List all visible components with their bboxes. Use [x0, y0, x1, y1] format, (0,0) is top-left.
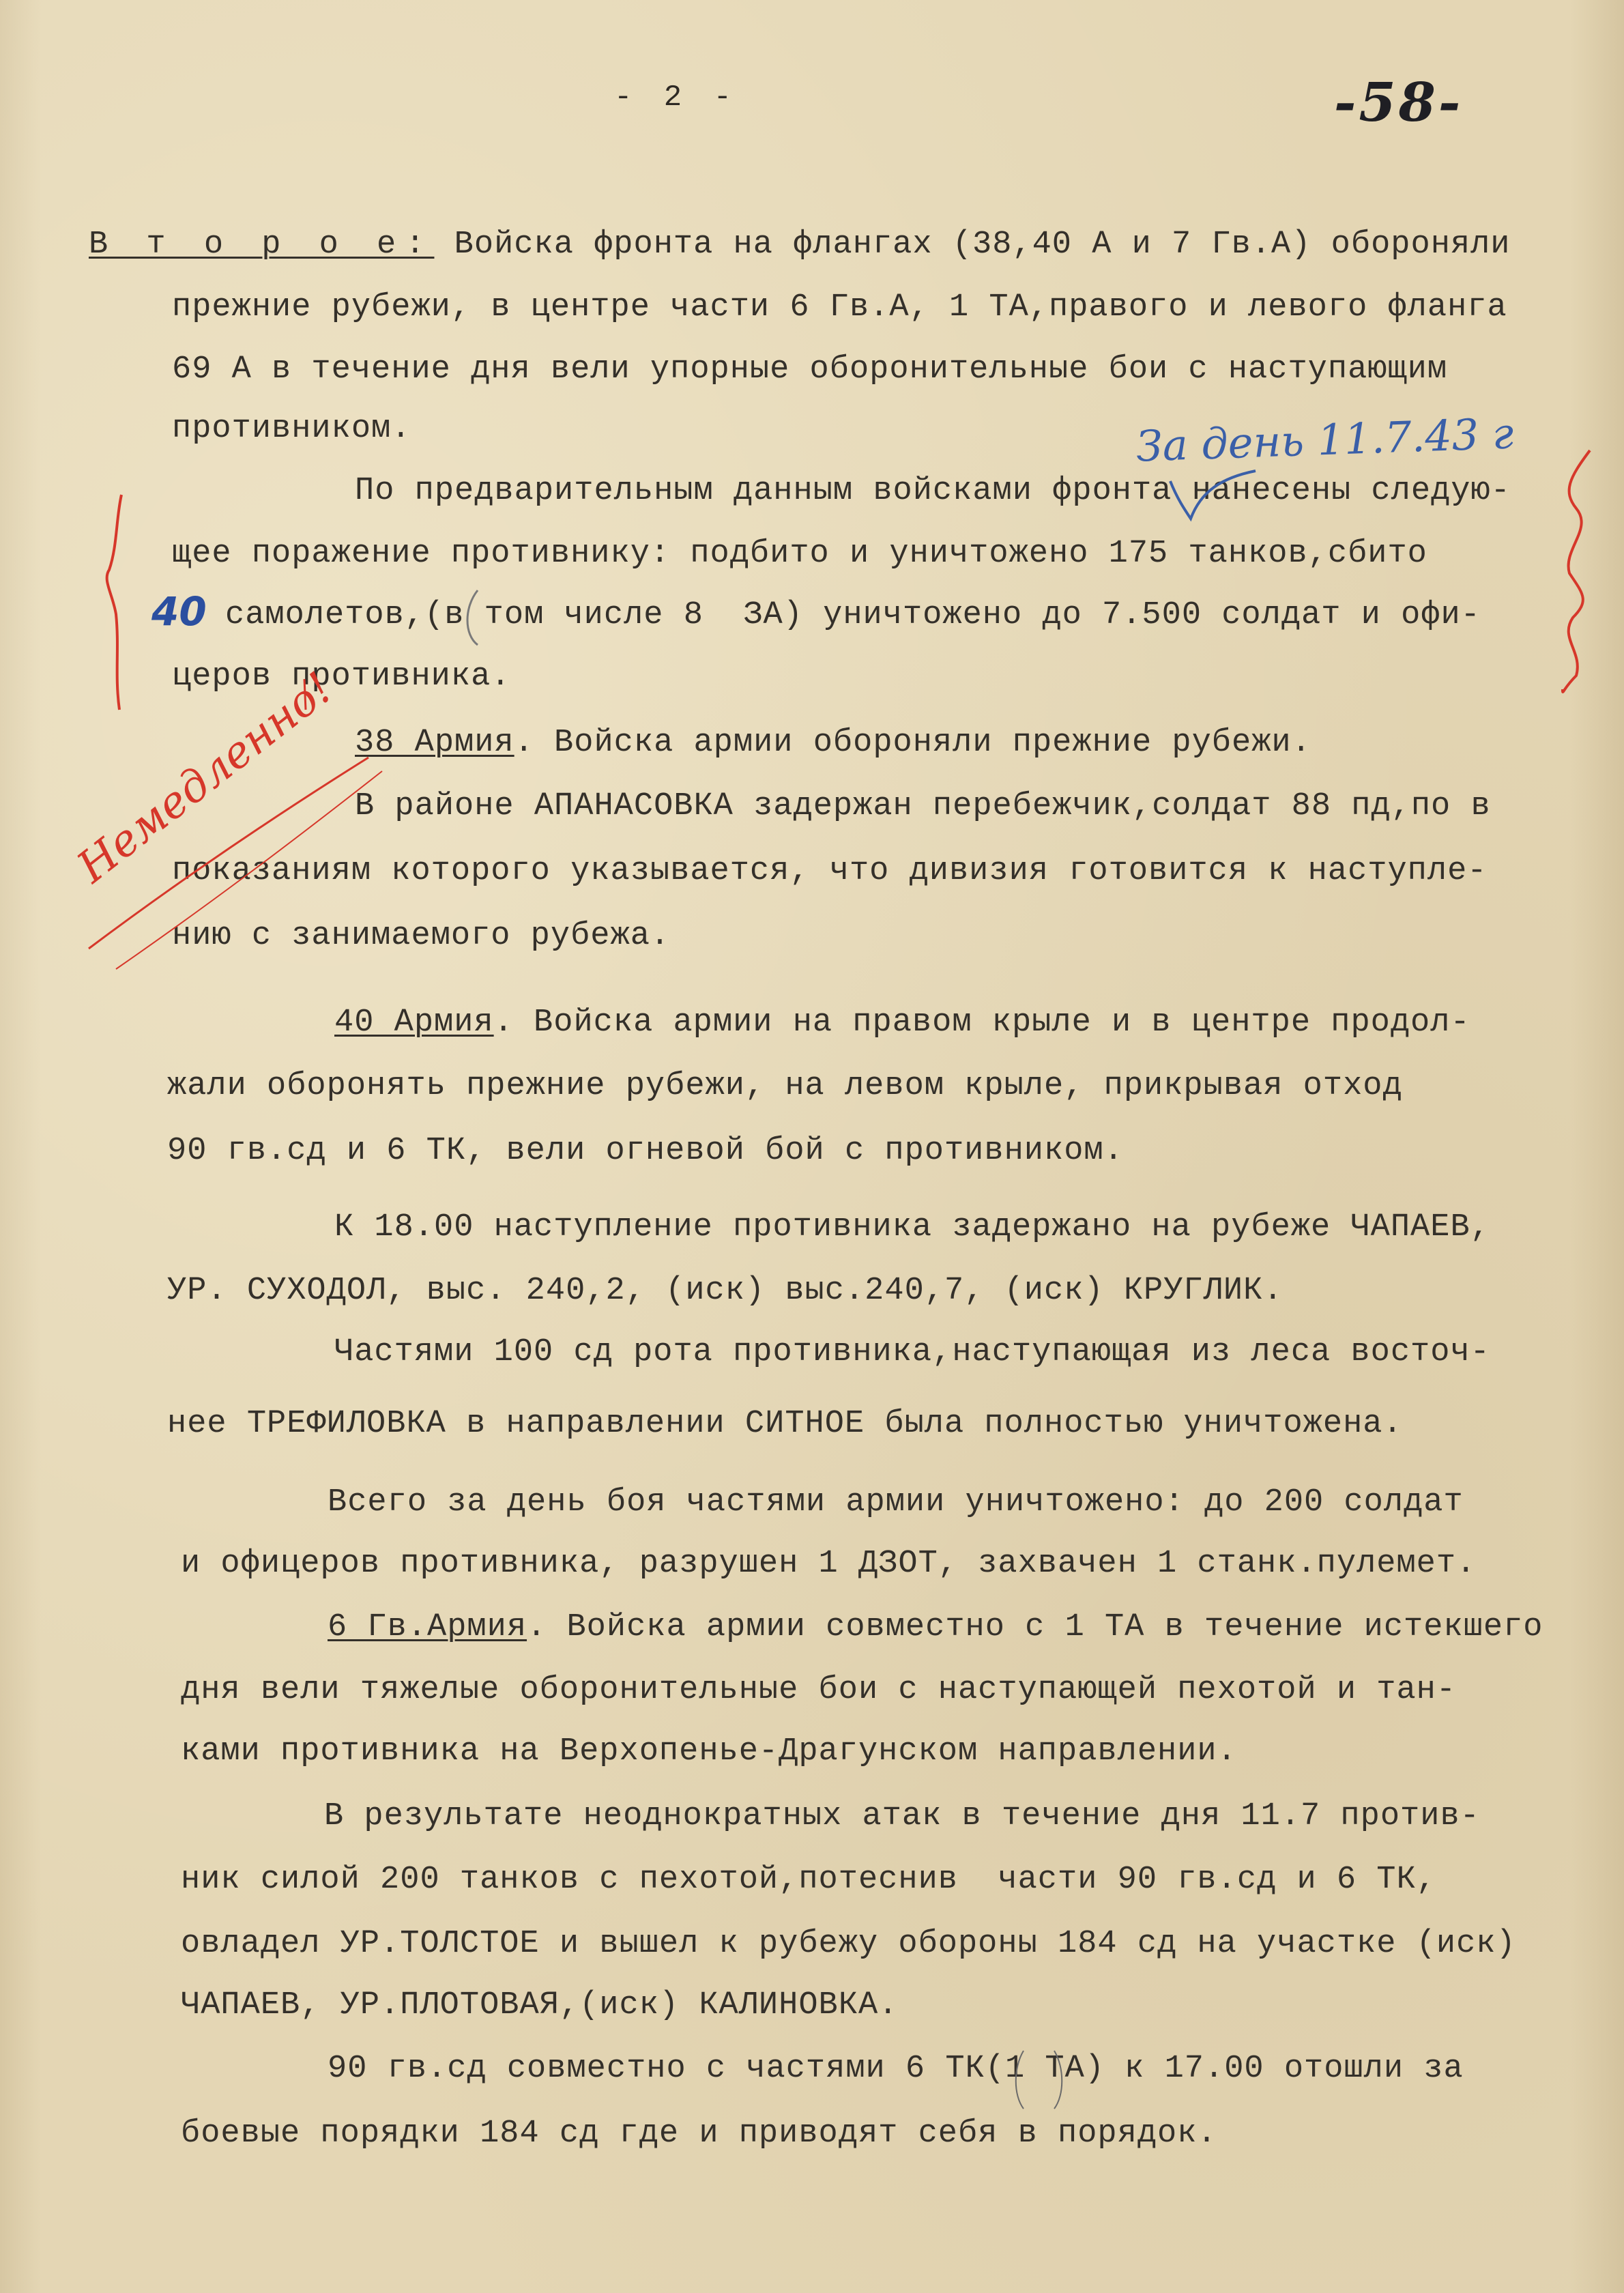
blue-caret-icon [1170, 471, 1256, 519]
red-brace-left-icon [107, 495, 121, 710]
pencil-marks [0, 0, 1624, 2293]
red-brace-right-icon [1563, 450, 1590, 692]
